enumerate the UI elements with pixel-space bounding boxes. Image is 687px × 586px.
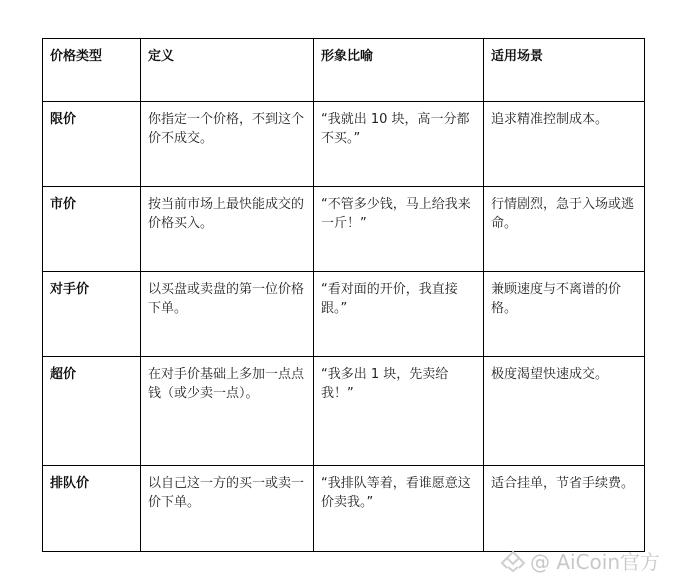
cell-scenario: 行情剧烈，急于入场或逃命。 — [484, 187, 645, 272]
cell-scenario: 追求精准控制成本。 — [484, 102, 645, 187]
header-definition: 定义 — [141, 39, 314, 102]
cell-price-type: 超价 — [43, 357, 141, 466]
table-header-row: 价格类型 定义 形象比喻 适用场景 — [43, 39, 645, 102]
cell-scenario: 兼顾速度与不离谱的价格。 — [484, 272, 645, 357]
table-row: 排队价 以自己这一方的买一或卖一价下单。 “我排队等着，看谁愿意这价卖我。” 适… — [43, 466, 645, 552]
cell-scenario: 适合挂单，节省手续费。 — [484, 466, 645, 552]
cell-metaphor: “我排队等着，看谁愿意这价卖我。” — [314, 466, 484, 552]
table-row: 超价 在对手价基础上多加一点点钱（或少卖一点）。 “我多出 1 块，先卖给我！”… — [43, 357, 645, 466]
cell-price-type: 对手价 — [43, 272, 141, 357]
cell-definition: 你指定一个价格，不到这个价不成交。 — [141, 102, 314, 187]
header-scenario: 适用场景 — [484, 39, 645, 102]
cell-definition: 按当前市场上最快能成交的价格买入。 — [141, 187, 314, 272]
header-metaphor: 形象比喻 — [314, 39, 484, 102]
cell-metaphor: “我多出 1 块，先卖给我！” — [314, 357, 484, 466]
header-price-type: 价格类型 — [43, 39, 141, 102]
cell-scenario: 极度渴望快速成交。 — [484, 357, 645, 466]
aicoin-logo-icon — [500, 550, 526, 572]
cell-price-type: 排队价 — [43, 466, 141, 552]
table-row: 市价 按当前市场上最快能成交的价格买入。 “不管多少钱，马上给我来一斤！” 行情… — [43, 187, 645, 272]
cell-definition: 在对手价基础上多加一点点钱（或少卖一点）。 — [141, 357, 314, 466]
table-row: 对手价 以买盘或卖盘的第一位价格下单。 “看对面的开价，我直接跟。” 兼顾速度与… — [43, 272, 645, 357]
price-type-table: 价格类型 定义 形象比喻 适用场景 限价 你指定一个价格，不到这个价不成交。 “… — [42, 38, 645, 552]
cell-price-type: 限价 — [43, 102, 141, 187]
cell-definition: 以自己这一方的买一或卖一价下单。 — [141, 466, 314, 552]
cell-metaphor: “我就出 10 块，高一分都不买。” — [314, 102, 484, 187]
table-row: 限价 你指定一个价格，不到这个价不成交。 “我就出 10 块，高一分都不买。” … — [43, 102, 645, 187]
cell-definition: 以买盘或卖盘的第一位价格下单。 — [141, 272, 314, 357]
watermark-text: @ AiCoin官方 — [530, 546, 660, 575]
watermark: @ AiCoin官方 — [500, 546, 660, 575]
cell-metaphor: “不管多少钱，马上给我来一斤！” — [314, 187, 484, 272]
cell-price-type: 市价 — [43, 187, 141, 272]
cell-metaphor: “看对面的开价，我直接跟。” — [314, 272, 484, 357]
